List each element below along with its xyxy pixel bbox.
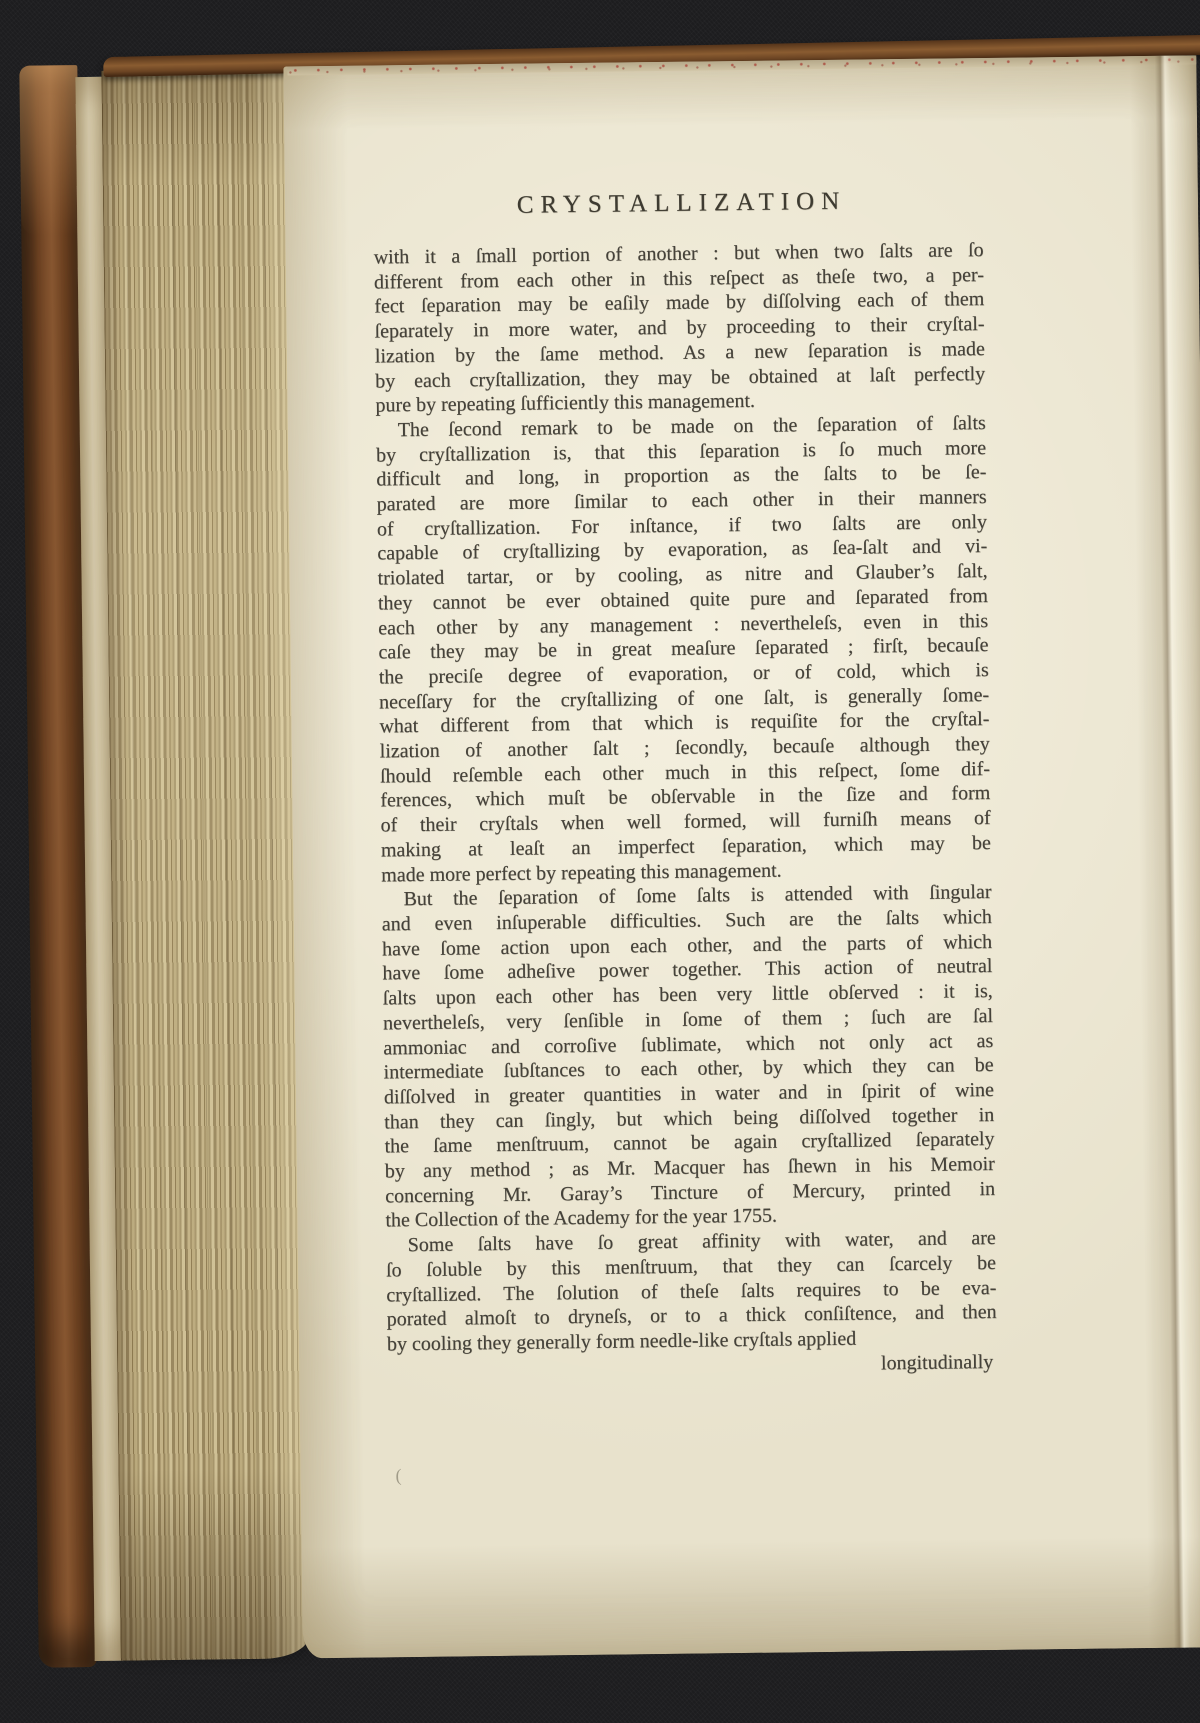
- stray-pencil-mark: (: [395, 1465, 401, 1486]
- open-book: CRYSTALLIZATION with it a ſmall portion …: [0, 0, 1200, 1723]
- page-edges-stack: [101, 68, 308, 1660]
- body-text: with it a ſmall portion of another : but…: [374, 238, 998, 1357]
- running-head: CRYSTALLIZATION: [373, 184, 983, 223]
- photo-background: CRYSTALLIZATION with it a ſmall portion …: [0, 0, 1200, 1723]
- text-block: CRYSTALLIZATION with it a ſmall portion …: [373, 184, 997, 1382]
- book-page: CRYSTALLIZATION with it a ſmall portion …: [283, 55, 1200, 1658]
- gutter-crease: [1129, 55, 1200, 1648]
